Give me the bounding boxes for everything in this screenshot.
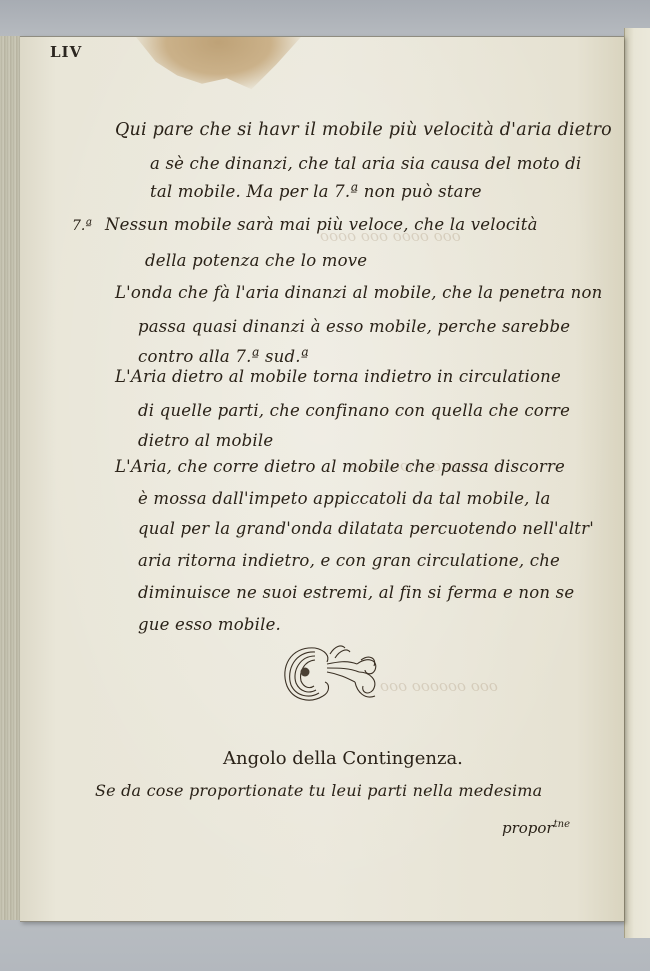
text-line: di quelle parti, che confinano con quell…: [138, 401, 570, 420]
text-line: Nessun mobile sarà mai più veloce, che l…: [105, 215, 538, 234]
manuscript-page: LIV ooo oooo ooo oooo oooo oo ooooo oo o…: [20, 36, 624, 922]
bleed-through-text: ooo oooooo ooo: [380, 677, 498, 695]
text-line: aria ritorna indietro, e con gran circul…: [138, 551, 560, 570]
water-stain: [136, 37, 301, 92]
catchword-text: propor: [502, 819, 554, 837]
text-line: della potenza che lo move: [145, 251, 367, 270]
text-line: dietro al mobile: [138, 431, 273, 450]
text-line: a sè che dinanzi, che tal aria sia causa…: [150, 154, 581, 173]
text-line: diminuisce ne suoi estremi, al fin si fe…: [138, 583, 574, 602]
catchword-superscript: tne: [554, 819, 570, 830]
text-line: tal mobile. Ma per la 7.ª non può stare: [150, 182, 482, 201]
text-line: Qui pare che si havr il mobile più veloc…: [115, 120, 612, 140]
text-line: gue esso mobile.: [138, 615, 281, 634]
text-line: contro alla 7.ª sud.ª: [138, 347, 309, 366]
catchword: proportne: [502, 819, 570, 837]
text-line: è mossa dall'impeto appiccatoli da tal m…: [138, 489, 551, 508]
facing-page-edge: [624, 28, 650, 938]
text-line: passa quasi dinanzi à esso mobile, perch…: [138, 317, 570, 336]
text-line: L'onda che fà l'aria dinanzi al mobile, …: [115, 283, 602, 302]
text-line: L'Aria dietro al mobile torna indietro i…: [115, 367, 561, 386]
text-line: Se da cose proportionate tu leui parti n…: [95, 781, 542, 800]
proposition-marker: 7.ª: [72, 218, 92, 234]
section-heading: Angolo della Contingenza.: [223, 748, 463, 769]
folio-number: LIV: [50, 43, 82, 61]
fleuron-ornament-icon: [275, 638, 385, 710]
text-line: L'Aria, che corre dietro al mobile che p…: [115, 457, 565, 476]
text-line: qual per la grand'onda dilatata percuote…: [138, 519, 594, 538]
